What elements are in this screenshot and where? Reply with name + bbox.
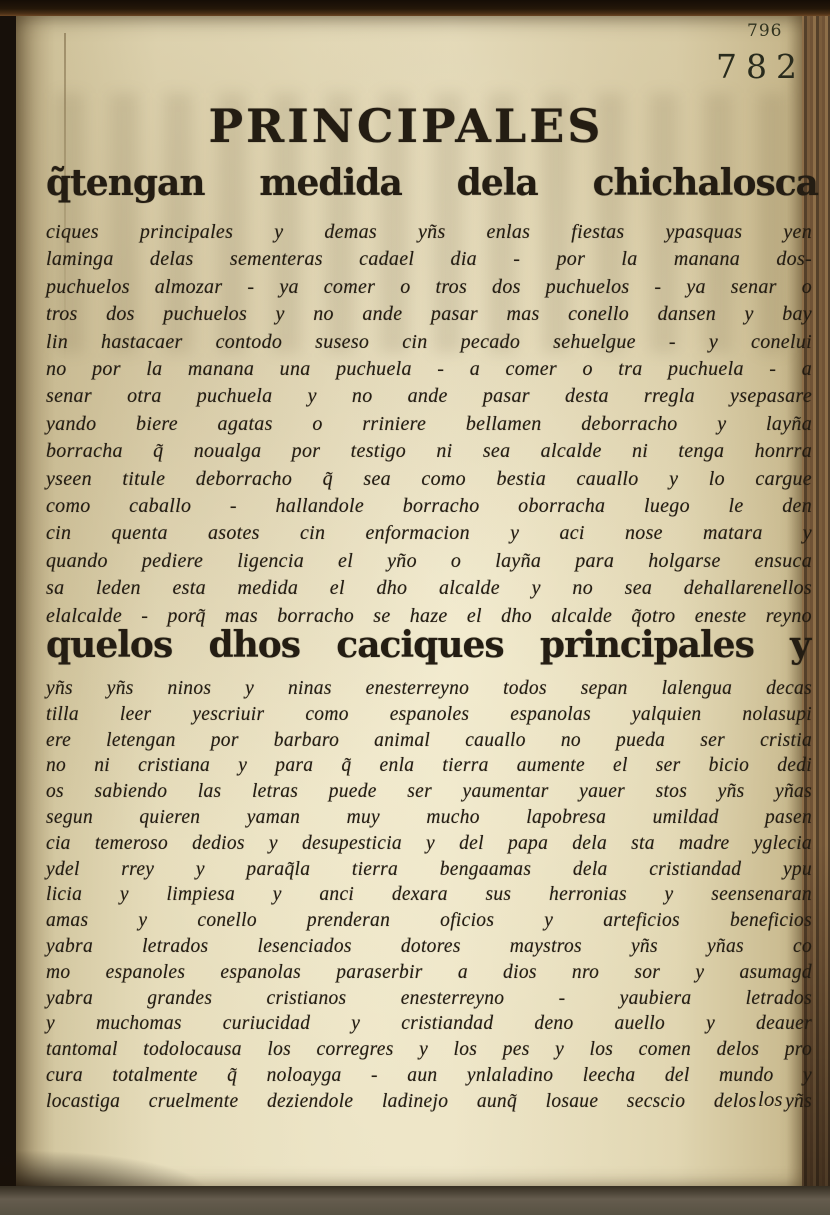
manuscript-line: laminga delas sementeras cadael dia - po… — [46, 246, 812, 273]
manuscript-line: lin hastacaer contodo suseso cin pecado … — [46, 329, 812, 356]
catchword: los — [758, 1087, 783, 1112]
manuscript-line: como caballo - hallandole borracho oborr… — [46, 493, 812, 520]
manuscript-line: yabra letrados lesenciados dotores mayst… — [46, 934, 812, 960]
manuscript-line: ciques principales y demas yñs enlas fie… — [46, 219, 812, 246]
manuscript-line: puchuelos almozar - ya comer o tros dos … — [46, 274, 812, 301]
manuscript-line: quando pediere ligencia el yño o layña p… — [46, 548, 812, 575]
manuscript-line: yando biere agatas o rriniere bellamen d… — [46, 411, 812, 438]
manuscript-line: tros dos puchuelos y no ande pasar mas c… — [46, 301, 812, 328]
manuscript-line: senar otra puchuela y no ande pasar dest… — [46, 383, 812, 410]
manuscript-line: no por la manana una puchuela - a comer … — [46, 356, 812, 383]
table-bottom-edge — [0, 1186, 830, 1215]
manuscript-line: yseen titule deborracho q̃ sea como best… — [46, 466, 812, 493]
manuscript-line: yabra grandes cristianos enesterreyno - … — [46, 986, 812, 1012]
manuscript-line: y muchomas curiucidad y cristiandad deno… — [46, 1011, 812, 1037]
manuscript-line: tilla leer yescriuir como espanoles espa… — [46, 702, 812, 728]
manuscript-line: borracha q̃ noualga por testigo ni sea a… — [46, 438, 812, 465]
manuscript-line: cura totalmente q̃ noloayga - aun ynlala… — [46, 1063, 812, 1089]
manuscript-line: amas y conello prenderan oficios y artef… — [46, 908, 812, 934]
manuscript-line: cin quenta asotes cin enformacion y aci … — [46, 520, 812, 547]
subtitle-heading: q̃tengan medida dela chichalosca — [46, 162, 818, 204]
manuscript-line: yñs yñs ninos y ninas enesterreyno todos… — [46, 676, 812, 702]
manuscript-line: cia temeroso dedios y desupesticia y del… — [46, 831, 812, 857]
manuscript-line: licia y limpiesa y anci dexara sus herro… — [46, 882, 812, 908]
manuscript-line: no ni cristiana y para q̃ enla tierra au… — [46, 753, 812, 779]
manuscript-page: 796 782 PRINCIPALES q̃tengan medida dela… — [16, 13, 802, 1188]
manuscript-line: tantomal todolocausa los corregres y los… — [46, 1037, 812, 1063]
manuscript-line: ere letengan por barbaro animal cauallo … — [46, 728, 812, 754]
manuscript-line: locastiga cruelmente deziendole ladinejo… — [46, 1089, 812, 1115]
manuscript-line: ydel rrey y paraq̃la tierra bengaamas de… — [46, 857, 812, 883]
body-block-2: yñs yñs ninos y ninas enesterreyno todos… — [46, 676, 812, 1115]
folio-number-small: 796 — [747, 21, 817, 41]
manuscript-line: mo espanoles espanolas paraserbir a dios… — [46, 960, 812, 986]
folio-number-large: 782 — [716, 47, 830, 86]
section-heading: quelos dhos caciques principales y — [46, 624, 810, 666]
manuscript-line: segun quieren yaman muy mucho lapobresa … — [46, 805, 812, 831]
main-title: PRINCIPALES — [166, 99, 646, 153]
binding-top-edge — [0, 0, 830, 16]
manuscript-line: sa leden esta medida el dho alcalde y no… — [46, 575, 812, 602]
body-block-1: ciques principales y demas yñs enlas fie… — [46, 219, 812, 630]
manuscript-photo-frame: 796 782 PRINCIPALES q̃tengan medida dela… — [0, 0, 830, 1215]
manuscript-line: os sabiendo las letras puede ser yaument… — [46, 779, 812, 805]
